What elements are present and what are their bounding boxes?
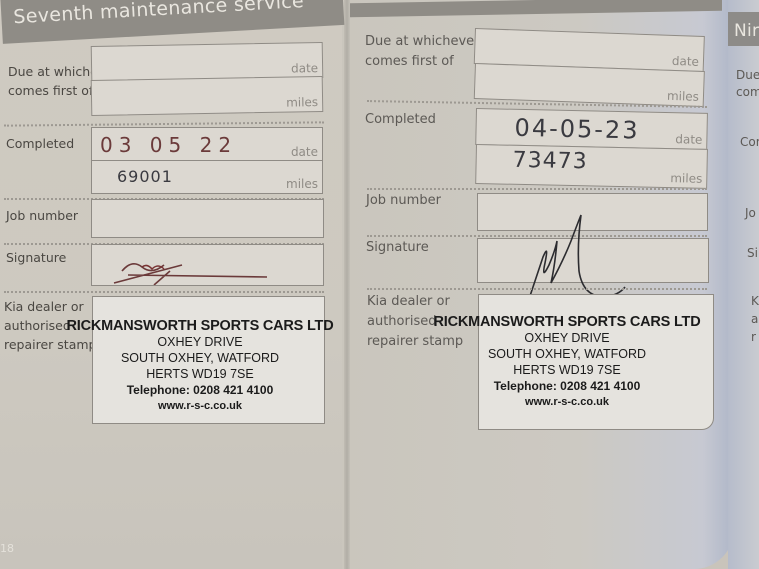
right-label: r (751, 328, 756, 346)
completed-miles-value: 69001 (117, 167, 173, 186)
due-miles-field[interactable]: miles (91, 76, 324, 116)
page-number: 18 (0, 542, 14, 555)
dealer-stamp-mid: RICKMANSWORTH SPORTS CARS LTD OXHEY DRIV… (422, 314, 712, 410)
next-service-title-banner: Nir (728, 12, 759, 46)
service-title: Seventh maintenance service (13, 0, 305, 28)
right-label: Cor (740, 133, 759, 151)
right-label: a (751, 310, 758, 328)
completed-label-mid: Completed (365, 110, 436, 130)
signature-label: Signature (6, 248, 66, 267)
right-label: K (751, 292, 759, 310)
signature-label-mid: Signature (366, 238, 429, 258)
book-spine (344, 0, 350, 569)
right-label: Jo (745, 204, 756, 222)
job-number-field[interactable] (91, 199, 324, 238)
completed-date-field[interactable]: 03 05 22 date (91, 127, 323, 162)
completed-miles-field[interactable]: 69001 miles (91, 160, 323, 194)
right-label: Due (736, 66, 759, 84)
right-label: com (736, 83, 759, 101)
completed-label: Completed (6, 134, 74, 153)
signature-scribble-icon (92, 245, 292, 285)
divider (367, 188, 707, 190)
right-label: Si (747, 244, 758, 262)
job-number-label-mid: Job number (366, 191, 441, 211)
job-number-label: Job number (6, 206, 78, 225)
completed-miles-value-mid: 73473 (512, 148, 588, 175)
completed-miles-field-mid[interactable]: 73473 miles (475, 144, 708, 189)
completed-date-field-mid[interactable]: 04-05-23 date (475, 108, 708, 150)
divider (4, 291, 324, 293)
completed-date-value-mid: 04-05-23 (514, 114, 639, 145)
signature-field[interactable] (91, 244, 324, 286)
divider (367, 288, 707, 290)
completed-date-value: 03 05 22 (100, 133, 237, 157)
due-label-mid: Due at whichever comes first of (365, 32, 479, 72)
dealer-stamp: RICKMANSWORTH SPORTS CARS LTD OXHEY DRIV… (60, 318, 340, 414)
